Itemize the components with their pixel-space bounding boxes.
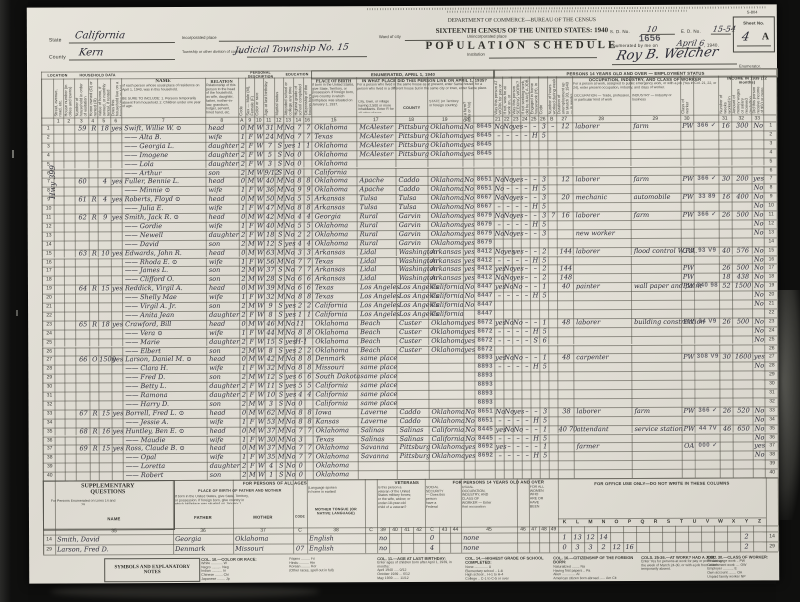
cell-bp: Oklahoma [312,319,360,328]
cell-nm: —— Betty L. [122,382,209,391]
header-pob: PLACE OF BIRTH If born in the United Sta… [312,78,355,115]
cell-oc: laborer [573,318,634,327]
cell-in: flood control W.P.A. [631,246,684,255]
note-lines: None .............. 0 Elementary school … [465,565,549,581]
cell-rel: wife [206,257,242,266]
office-letter: V [701,518,714,526]
supp-cell-o3: 2 [597,542,610,552]
cell-sp [695,415,721,424]
cell-cd: 8651 [473,176,494,185]
cell-in: farm [631,211,684,220]
office-letter: U [688,518,701,526]
cell-sp: 93 V9 [694,246,720,255]
cell-oc: laborer [572,175,633,184]
cell-ic [732,228,753,237]
cell-du [557,220,574,229]
cell-sp: 366 ✓ [693,122,719,131]
cell-oc: painter [573,282,634,291]
cell-c2 [396,363,431,372]
cell-cd: 8692 [475,443,496,452]
cell-c2: Salinas [397,425,432,434]
cell-ln2: 21 [764,299,778,308]
cell-du [557,238,574,247]
cell-hh [74,160,89,169]
cell-nm: —— Elbert [122,346,209,355]
cell-c3: Oklahoma [428,230,466,239]
cell-in [631,353,684,362]
cell-cw: PW [681,282,695,291]
cell-cd: 8447 [474,292,495,301]
note-block: COL. 14.—HIGHEST GRADE OF SCHOOL COMPLET… [465,556,549,580]
column-caption-mr: Marital status [275,80,283,116]
column-caption-sc: Attended school or college any time sinc… [284,79,293,115]
cell-hh [74,142,89,151]
cell-sp: 366 ✓ [694,406,720,415]
supp-cell-o0: 0 [558,542,571,552]
cell-ln2: 3 [763,139,777,148]
cell-c3: Oklahoma [428,185,466,194]
cell-cd: 8412 [474,265,495,274]
cell-c2 [395,158,430,167]
cell-oc [572,140,633,149]
cell-sp [694,228,720,237]
cell-c1: same place [357,399,399,408]
supp-veterans-note: Is this person a veteran of the United S… [378,486,412,508]
cell-cd: 8893 [474,381,495,390]
cell-ln2: 34 [765,415,779,424]
residence-sub: For a person who lived in the same house… [357,83,492,91]
cell-wk [718,157,732,166]
supp-cell-mcode [293,533,307,543]
cell-c2: Pittsburg [397,443,432,452]
cell-ln2: 24 [764,326,778,335]
cell-c2: Custer [396,319,431,328]
supp-all-ages: FOR PERSONS OF ALL AGES [173,479,377,486]
cell-cd: 8447 [474,309,495,318]
cell-cw [680,157,694,166]
cell-ic [732,299,753,308]
cell-val: 15 [99,445,113,454]
cell-oc: laborer [572,122,633,131]
cell-cd: 8893 [474,354,495,363]
cell-du [557,345,574,354]
supp-mother-label: MOTHER [233,512,293,520]
cell-cw: PW [681,318,695,327]
cell-c2: Caddo [395,176,430,185]
cell-c1: Beach [357,346,399,355]
cell-du [558,452,575,461]
cell-oc [573,327,634,336]
cell-cd: 8679 [474,220,495,229]
column-caption-e3: Was this person SEEKING WORK? [512,78,520,114]
cell-du: 12 [556,122,573,131]
cell-nm: —— Minnie ⊙ [122,186,209,195]
ward-line [405,40,453,41]
cell-du [557,185,574,194]
cell-rel: head [206,355,242,364]
cell-bp: Oklahoma [313,470,361,479]
cell-bp: Oklahoma [312,185,360,194]
cell-c2: Garvin [396,221,431,230]
cell-hh [75,302,90,311]
cell-hh [76,436,91,445]
note-lines: Enter ages of children born after April … [377,561,461,581]
cell-nm: Roberts, Floyd ⊙ [122,195,209,204]
cell-val [99,436,113,445]
col-number: 22 [502,116,511,123]
cell-cd: 8893 [474,363,495,372]
cell-hh [75,400,90,409]
cell-c2: Pittsburg [397,452,432,461]
cell-cw: PW [681,273,695,282]
cell-c3 [427,158,465,167]
cell-c2: Caddo [396,185,431,194]
cell-in [631,309,684,318]
cell-ln2: 2 [763,130,777,139]
column-caption-sx: Sex — Male (M), Female (F) [246,80,254,116]
cell-hh [75,204,90,213]
cell-wk: 18 [719,273,733,282]
cell-in [632,442,685,451]
cell-wk [720,415,734,424]
cell-cw: PW [681,407,695,416]
cell-ln2: 29 [764,371,778,380]
note-lines: Private wage work .. PW Government work … [707,560,777,580]
cell-wk [719,308,733,317]
cell-du: 148 [557,274,574,283]
cell-cd: 8645 [473,149,494,158]
cell-du [556,149,573,158]
cell-ln2: 8 [764,184,778,193]
cell-cd: 8412 [474,256,495,265]
cell-bp: Texas [313,435,361,444]
cell-oc: new worker [573,229,634,238]
cell-bp: Oklahoma [311,177,359,186]
cell-oc [572,131,633,140]
cell-val: 10 [98,249,112,258]
col-number: 31 [718,115,731,122]
cell-oc [573,398,634,407]
col-number: 6 [110,117,121,124]
cell-du [557,336,574,345]
cell-c1: Rural [357,230,399,239]
cell-hh: 63 [75,249,90,258]
cell-cw: PW [680,175,694,184]
office-letter: L [571,518,584,526]
cell-val [97,151,111,160]
cell-cd [473,167,494,176]
supp-cell-o14: 2 [740,541,753,551]
column-caption-ra: Color or race [255,80,263,116]
cell-c1: Beach [357,319,399,328]
column-caption-frm: Does this household live on a farm? (Yes… [111,80,121,116]
cell-val [99,418,113,427]
note-block: COL. 11.—AGE AT LAST BIRTHDAY:Enter ages… [377,557,461,581]
cell-sp [695,451,721,460]
cell-ic [732,388,753,397]
supp-cell-uocc: none [461,532,519,542]
cell-oc [573,371,634,380]
cell-ic [731,166,752,175]
cell-nm: —— Clifford O. [122,275,209,284]
cell-hh [76,463,91,472]
supp-cell-v1: no [377,543,389,553]
cell-cw: PW [681,264,695,273]
cell-nm: —— Shelly Mae [122,293,209,302]
supp-subtitle: For Persons Enumerated on Lines 14 and 2… [49,499,117,505]
cell-nm: Fuller, Bennie L. [121,177,208,186]
supp-line [365,479,366,527]
cell-ln2: 27 [764,353,778,362]
cell-du [558,443,575,452]
cell-bp: Oklahoma [311,159,359,168]
cell-val [97,160,111,169]
cell-in [630,140,683,149]
cell-in: building construction [631,318,684,327]
col-number: 12 [274,117,283,124]
incorporated-label: Incorporated place [182,36,217,41]
cell-ln2: 22 [764,308,778,317]
cell-val [98,204,112,213]
cell-in [632,433,685,442]
col-number: 30 [680,115,693,122]
note-block: COL. 30.—CLASS OF WORKER:Private wage wo… [707,555,777,579]
cell-c3 [428,381,466,390]
cell-wk: 26 [719,264,733,273]
cell-cw [681,220,695,229]
cell-ln2: 30 [764,379,778,388]
cell-oc [574,460,635,469]
cell-ic [733,460,754,469]
cell-rel: wife [205,133,241,142]
cell-c3: Oklahoma [428,194,466,203]
cell-cd: 8445 [475,425,496,434]
cell-val [98,258,112,267]
cell-c2: Pittsburg [395,132,430,141]
cell-rel: son [206,346,242,355]
cell-c2: Washington [396,256,431,265]
cell-val [98,382,112,391]
cell-bp: Oklahoma [312,346,360,355]
ward-label: Ward of city [379,35,401,40]
cell-rel: head [207,444,243,453]
cell-cw [681,335,695,344]
cell-oc [573,273,634,282]
cell-cw [681,237,695,246]
cell-wk [719,291,733,300]
supp-cell-ln2: 14 [766,531,778,541]
cell-in [631,380,684,389]
cell-oc [573,380,634,389]
column-caption-ot: Did this person receive income of $50 or… [752,84,763,113]
cell-wk: 30 [719,353,733,362]
supp-cell-o11 [701,532,714,542]
cell-du: 144 [557,265,574,274]
cell-cd: 8651 [475,416,496,425]
cell-c2 [397,470,432,479]
cell-val [99,471,113,480]
note-block: COL. 10.—COLOR OR RACE:White ...........… [201,558,285,582]
cell-in [631,184,684,193]
supp-cell-mother: Missouri [233,543,295,553]
cell-cw [681,309,695,318]
supp-veterans-label: VETERANS [377,479,437,485]
cell-sp [694,255,720,264]
cell-rel: daughter [207,462,243,471]
supp-cell-o5 [623,532,636,542]
name-note: BE SURE TO INCLUDE: 1. Persons temporari… [122,97,204,109]
cell-bp: Oklahoma [312,230,360,239]
cell-c3: Oklahoma [427,123,465,132]
supp-cell-o2: 12 [584,532,597,542]
cell-c2: Custer [396,328,431,337]
cell-sp [693,131,719,140]
cell-in [631,300,684,309]
county-line [69,59,175,60]
cell-val [98,373,112,382]
cell-c3 [429,470,467,479]
cell-in [631,220,684,229]
cell-ln2: 12 [764,219,778,228]
cell-wk [719,202,733,211]
cell-in [632,415,685,424]
county-label: County [49,54,66,60]
cell-c1: Savanna [358,452,400,461]
cell-cw [680,131,694,140]
county-value: Kern [78,47,104,58]
cell-oc [573,255,634,264]
income-label: INCOME IN 1939 (12 months) [719,76,775,83]
cell-cd: 8667 [474,203,495,212]
sheet-line [737,45,771,46]
cell-ln2: 31 [764,388,778,397]
cell-wk: 26 [719,211,733,220]
cell-cw [681,202,695,211]
supp-cell-ucode [517,542,529,552]
cell-c3: Arkansas [428,265,466,274]
cell-du [557,202,574,211]
cell-bp: Oklahoma [313,444,361,453]
cell-du: 12 [556,176,573,185]
cell-c3: California [429,425,467,434]
cell-cw [680,166,694,175]
cell-hh [75,382,90,391]
cell-hh [75,187,90,196]
cell-in [631,371,684,380]
supp-cell-o4 [610,532,623,542]
cell-ic: 500 [732,317,753,326]
cell-cd: 8447 [474,301,495,310]
cell-c3: Arkansas [428,256,466,265]
sd-label: S. D. No. [610,29,630,34]
cell-rel: head [206,284,242,293]
cell-val [98,302,112,311]
col-number: 5 [97,117,110,124]
column-caption-ag: Age at last birthday [264,80,274,116]
cell-cw [681,326,695,335]
department-line: DEPARTMENT OF COMMERCE—BUREAU OF THE CEN… [357,16,687,24]
cell-c2: Tulsa [396,194,431,203]
cell-cd: 8672 [474,318,495,327]
cell-nm: —— David [122,240,209,249]
cell-c2 [395,167,430,176]
cell-c1: Laverne [358,417,400,426]
column-caption-hh: Number of household in order of visitati… [75,80,88,116]
sd-line [641,34,675,35]
cell-cw [680,148,694,157]
cell-cw [682,433,696,442]
supp-cell-o8 [662,532,675,542]
col-number: B [547,115,556,122]
cell-c1: McAlester [356,123,398,132]
supp-cell-o9 [675,542,688,552]
cell-bp: Oklahoma [312,239,360,248]
cell-sp [695,469,721,478]
office-letter: T [675,518,688,526]
cell-bp: California [311,168,359,177]
cell-ln2: 14 [764,237,778,246]
note-title: COL. 14.—HIGHEST GRADE OF SCHOOL COMPLET… [465,556,549,565]
cell-du [558,469,575,478]
supp-tongue-note: (Language spoken in home in earliest chi… [308,486,341,493]
cell-c1: Tulsa [357,194,399,203]
supp-cell-v2 [389,533,401,543]
cell-du: 20 [557,193,574,202]
cell-ic [732,344,753,353]
cell-rel: son [205,168,241,177]
cell-c1: McAlester [356,132,398,141]
cell-in [631,335,684,344]
cell-bp: Oklahoma [311,123,359,132]
cell-du [556,131,573,140]
cell-val: 9 [98,213,112,222]
cell-ln2: 35 [765,424,779,433]
cell-ic [732,326,753,335]
incorporated-line [219,40,331,41]
cell-c1: Lidal [357,274,399,283]
cell-bp: Oklahoma [312,337,360,346]
cell-rel: daughter [205,150,241,159]
cell-cw: PW [682,424,696,433]
cell-ln2: 17 [764,264,778,273]
cell-in [632,469,685,478]
supp-cell-o3: 14 [597,532,610,542]
cell-nm: —— Clara H. [122,364,209,373]
cell-cw [681,184,695,193]
cell-sp [694,326,720,335]
cell-in [632,451,685,460]
cell-ln2: 20 [764,290,778,299]
cell-cd: 8672 [474,327,495,336]
cell-c2: Tulsa [396,203,431,212]
cell-val: 16 [99,427,113,436]
cell-nm: —— Virgil A. Jr. [122,302,209,311]
supp-cell-w2 [539,532,549,542]
residence-county-caption: COUNTY [396,104,427,112]
cell-ln2: 1 [763,121,777,130]
cell-rel: head [206,408,242,417]
sd-value: 10 [646,25,658,34]
cell-hh [74,133,89,142]
cell-in [631,264,684,273]
cell-bp: California [312,301,360,310]
cell-c3: Oklahoma [428,327,466,336]
sheet-box: Sheet No. 4 A [733,16,775,52]
cell-c1 [356,168,398,177]
cell-du [558,434,575,443]
supp-cell-o15 [753,531,766,541]
cell-cw [681,371,695,380]
